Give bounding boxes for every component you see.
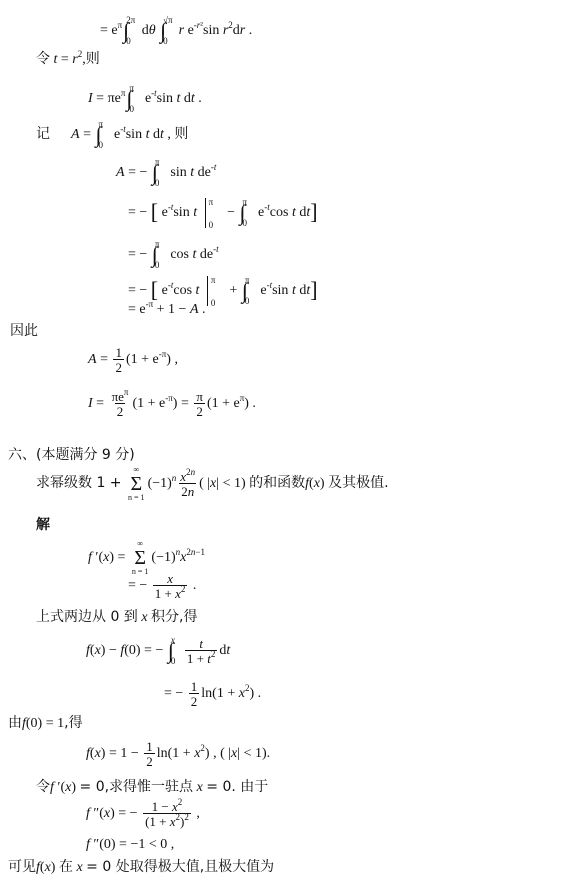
A-result: A = 12(1 + e-π) , xyxy=(88,346,178,374)
f-second-at-zero: f ″(0) = −1 < 0 , xyxy=(86,838,174,852)
conclusion: 可见f(x) 在 x = 0 处取得极大值,且极大值为 xyxy=(8,860,274,875)
substitution-line: 令 t = r2,则 xyxy=(36,52,100,67)
equation-line-1: = eπ∫2π0 dθ ∫√π0 r e-r²sin r2dr . xyxy=(100,16,252,46)
f-result: f(x) = 1 − 12ln(1 + x2) , ( |x| < 1). xyxy=(86,740,270,768)
f-second-derivative: f ″(x) = − 1 − x2(1 + x2)2 , xyxy=(86,800,200,828)
A-step-1: A = − ∫π0 sin t de-t xyxy=(116,158,216,188)
define-A: 记 A = ∫π0 e-tsin t dt , 则 xyxy=(36,120,188,150)
A-step-5: = e-π + 1 − A . xyxy=(128,303,206,317)
section-header: 六、(本题满分 9 分) xyxy=(8,448,135,462)
I-result: I = πeπ2(1 + e-π) = π2(1 + eπ) . xyxy=(88,390,256,418)
initial-condition: 由f(0) = 1,得 xyxy=(8,716,83,731)
solution-label: 解 xyxy=(36,518,50,532)
stationary-point: 令f ′(x) = 0,求得惟一驻点 x = 0. 由于 xyxy=(36,780,268,795)
A-step-3: = − ∫π0 cos t de-t xyxy=(128,240,219,270)
A-step-2: = − [ e-tsin t π0 − ∫π0 e-tcos t dt] xyxy=(128,198,318,228)
integrate-statement: 上式两边从 0 到 x 积分,得 xyxy=(36,610,197,625)
f-difference-result: = − 12ln(1 + x2) . xyxy=(164,680,261,708)
f-prime-closed: = − x1 + x2 . xyxy=(128,572,196,600)
equation-I: I = πeπ∫π0 e-tsin t dt . xyxy=(88,84,202,114)
therefore-label: 因此 xyxy=(10,324,38,338)
f-prime-series: f ′(x) = ∞Σn = 1(−1)nx2n−1 xyxy=(88,540,205,576)
f-difference: f(x) − f(0) = − ∫x0t1 + t2dt xyxy=(86,636,230,666)
problem-statement: 求幂级数 1 + ∞Σn = 1(−1)nx2n2n( |x| < 1) 的和函… xyxy=(36,466,389,502)
